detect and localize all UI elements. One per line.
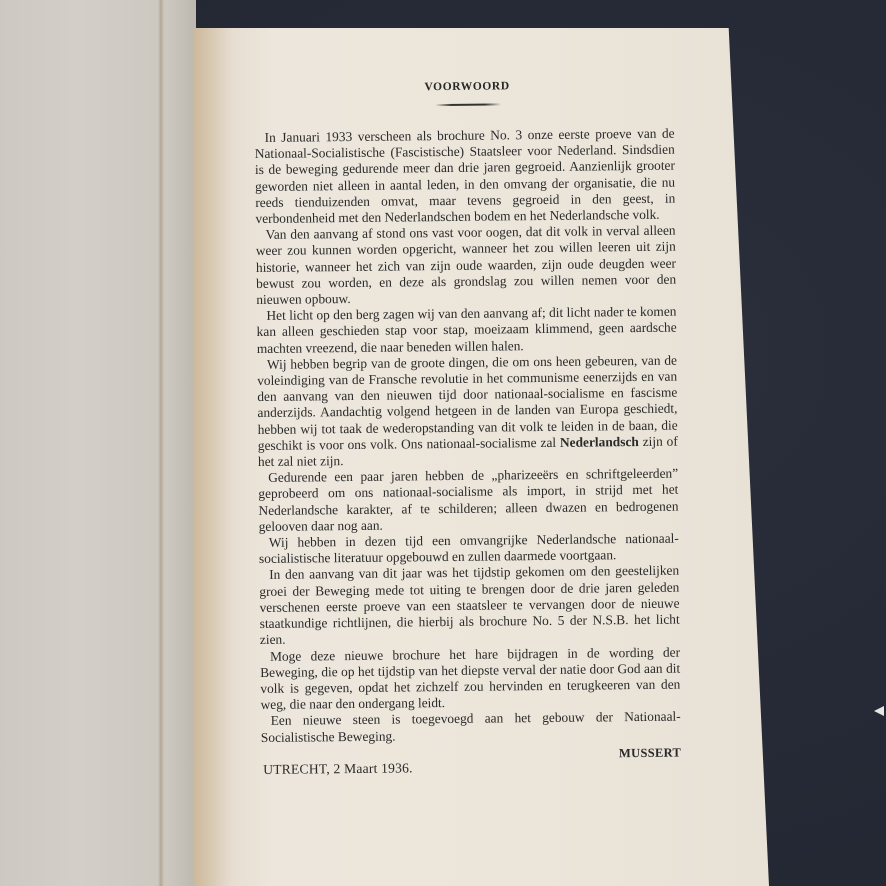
paragraph-1: In Januari 1933 verscheen als brochure N… [255, 126, 676, 228]
left-page [0, 0, 196, 886]
paragraph-9: Een nieuwe steen is toegevoegd aan het g… [261, 709, 681, 746]
heading-rule [435, 103, 501, 106]
paragraph-6: Wij hebben in dezen tijd een omvangrijke… [259, 531, 679, 568]
page-heading: VOORWOORD [260, 76, 674, 98]
signoff: UTRECHT, 2 Maart 1936. MUSSERT [261, 743, 681, 781]
paragraph-2: Van den aanvang af stond ons vast voor o… [256, 223, 677, 308]
body-text: In Januari 1933 verscheen als brochure N… [255, 126, 681, 746]
place-date: UTRECHT, 2 Maart 1936. [263, 760, 413, 778]
signature: MUSSERT [619, 745, 681, 761]
paper-fleck [874, 706, 884, 716]
paragraph-8: Moge deze nieuwe brochure het hare bijdr… [260, 644, 681, 713]
paragraph-4: Wij hebben begrip van de groote dingen, … [257, 352, 678, 470]
page-content: VOORWOORD In Januari 1933 verscheen als … [254, 76, 681, 782]
page-shadow [193, 28, 233, 886]
emphasis-nederlandsch: Nederlandsch [560, 434, 639, 450]
paragraph-7: In den aanvang van dit jaar was het tijd… [259, 563, 680, 648]
paragraph-3: Het licht op den berg zagen wij van den … [256, 304, 676, 357]
paragraph-5: Gedurende een paar jaren hebben de „phar… [258, 466, 679, 535]
book-gutter [158, 0, 164, 886]
